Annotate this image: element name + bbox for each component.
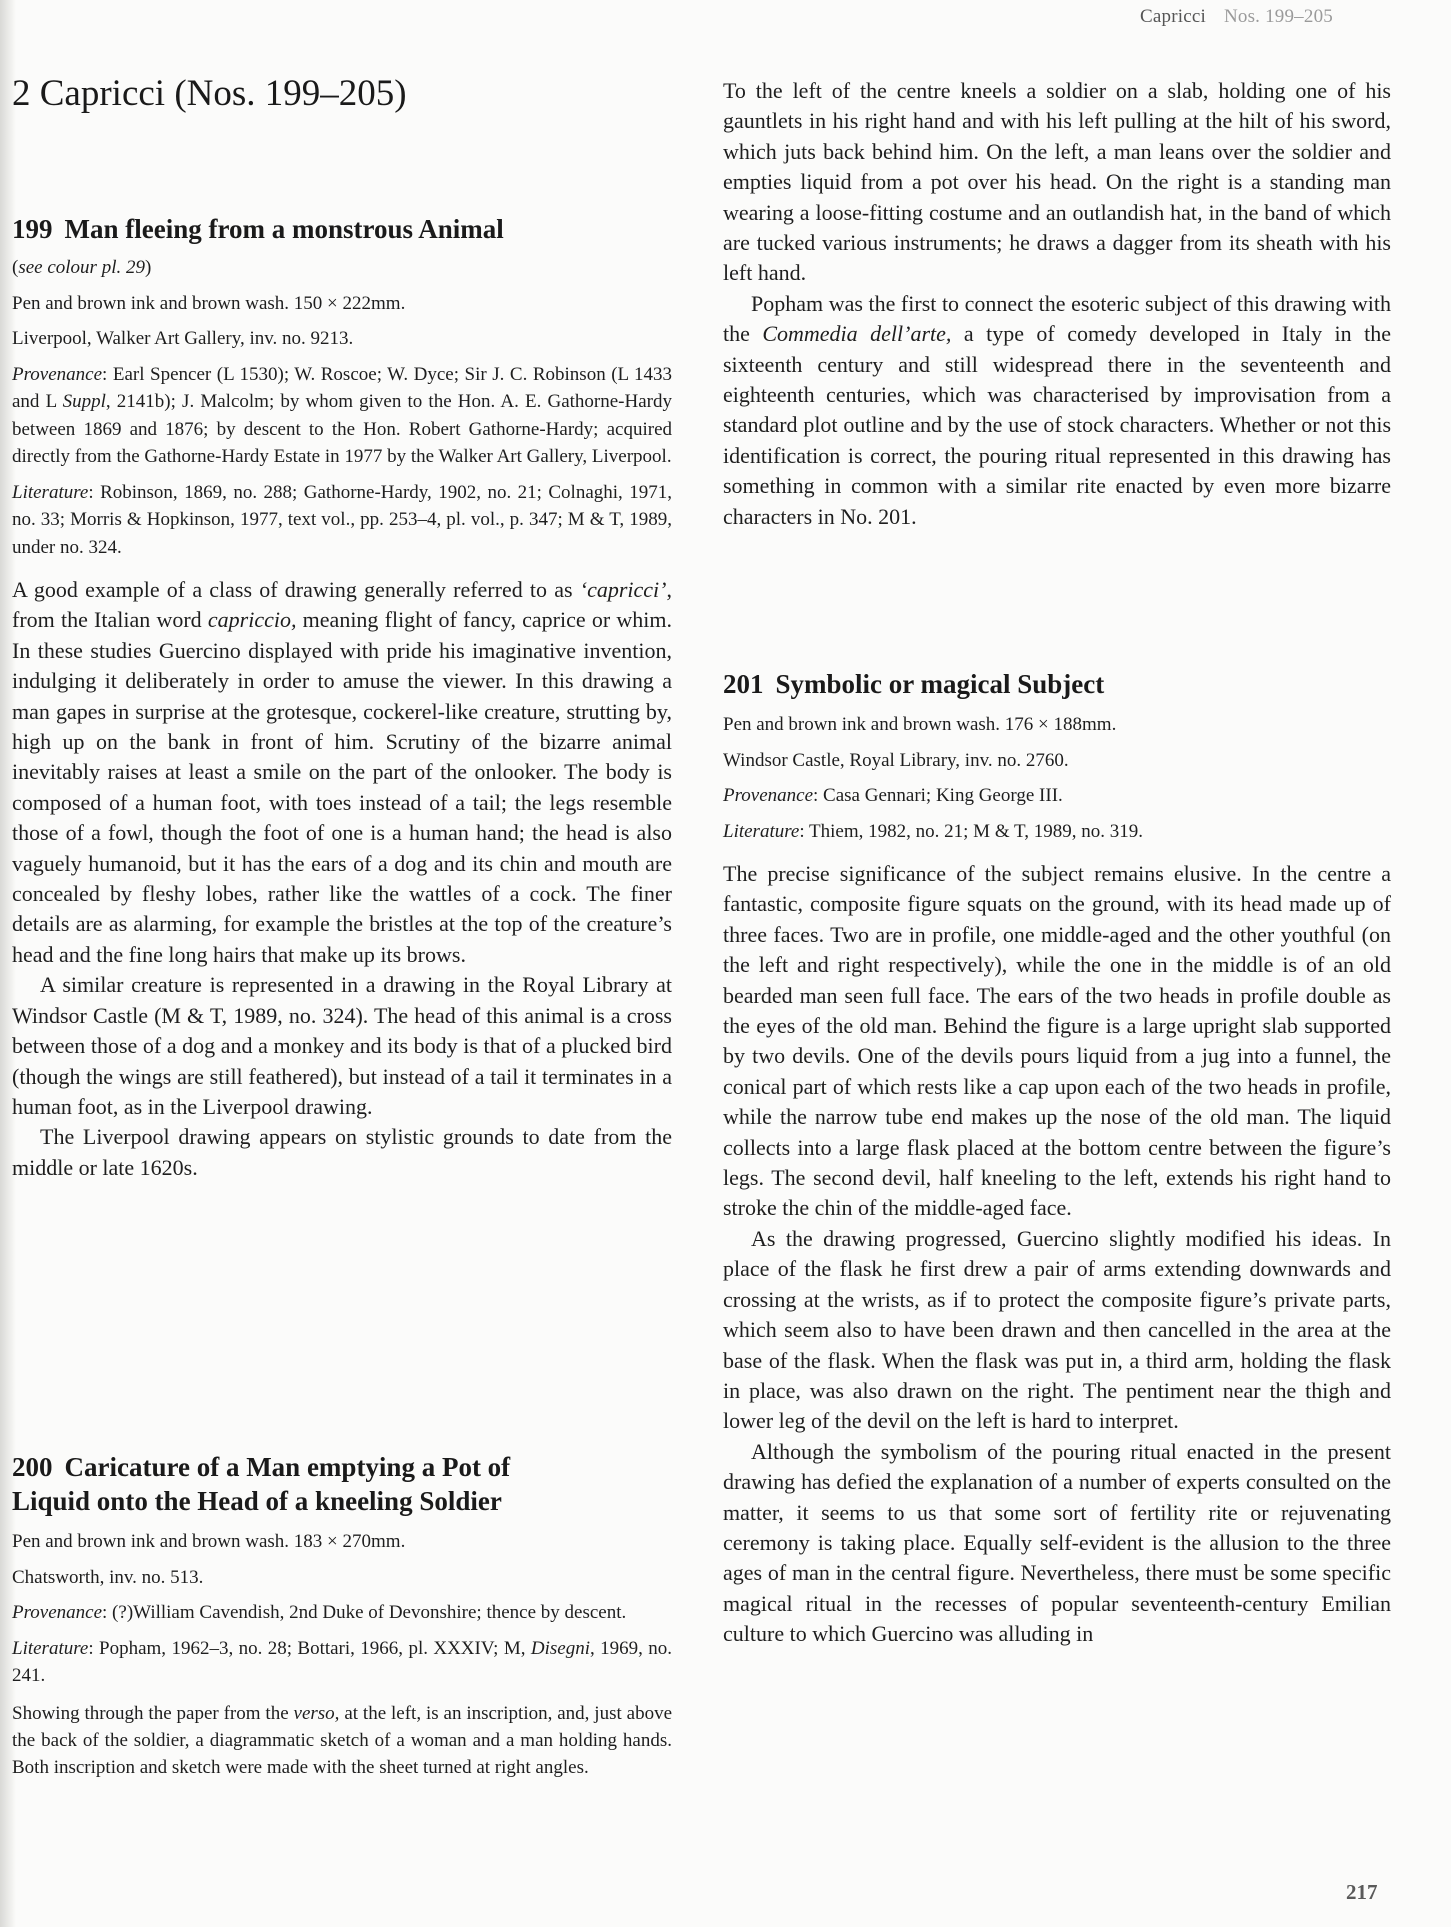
literature-label: Literature (12, 1638, 88, 1659)
entry-title-line2: Liquid onto the Head of a kneeling Soldi… (12, 1486, 502, 1516)
body-paragraph: The Liverpool drawing appears on stylist… (12, 1122, 672, 1183)
body-paragraph: The precise significance of the subject … (723, 859, 1391, 1224)
entry-literature: Literature: Thiem, 1982, no. 21; M & T, … (723, 818, 1391, 846)
entry-201: 201Symbolic or magical Subject Pen and b… (723, 667, 1391, 1650)
entry-medium: Pen and brown ink and brown wash. 176 × … (723, 711, 1391, 739)
provenance-label: Provenance (723, 785, 813, 806)
entry-location: Liverpool, Walker Art Gallery, inv. no. … (12, 325, 672, 353)
entry-note: Showing through the paper from the verso… (12, 1700, 672, 1781)
entry-title: 200Caricature of a Man emptying a Pot of… (12, 1450, 672, 1518)
provenance-label: Provenance (12, 364, 102, 385)
entry-title-line1: Caricature of a Man emptying a Pot of (65, 1452, 511, 1482)
left-column: 2 Capricci (Nos. 199–205) 199Man fleeing… (12, 0, 672, 1927)
chapter-title: 2 Capricci (Nos. 199–205) (12, 72, 407, 115)
body-paragraph: Popham was the first to connect the esot… (723, 289, 1391, 532)
body-paragraph: A good example of a class of drawing gen… (12, 575, 672, 970)
entry-title: 201Symbolic or magical Subject (723, 667, 1391, 701)
entry-title-text: Man fleeing from a monstrous Animal (65, 214, 504, 244)
entry-199: 199Man fleeing from a monstrous Animal (… (12, 212, 672, 1183)
entry-provenance: Provenance: (?)William Cavendish, 2nd Du… (12, 1599, 672, 1627)
entry-body: The precise significance of the subject … (723, 859, 1391, 1650)
entry-number: 200 (12, 1452, 53, 1482)
body-paragraph: A similar creature is represented in a d… (12, 970, 672, 1122)
literature-label: Literature (723, 821, 799, 842)
page-number: 217 (1346, 1880, 1378, 1905)
entry-literature: Literature: Robinson, 1869, no. 288; Gat… (12, 479, 672, 562)
entry-location: Chatsworth, inv. no. 513. (12, 1564, 672, 1592)
right-column: To the left of the centre kneels a soldi… (723, 0, 1391, 1927)
entry-title: 199Man fleeing from a monstrous Animal (12, 212, 672, 246)
entry-medium: Pen and brown ink and brown wash. 183 × … (12, 1528, 672, 1556)
entry-body: A good example of a class of drawing gen… (12, 575, 672, 1183)
entry-location: Windsor Castle, Royal Library, inv. no. … (723, 747, 1391, 775)
plate-reference: (see colour pl. 29) (12, 254, 672, 282)
entry-200-continued: To the left of the centre kneels a soldi… (723, 76, 1391, 532)
entry-provenance: Provenance: Earl Spencer (L 1530); W. Ro… (12, 361, 672, 471)
entry-number: 199 (12, 214, 53, 244)
body-paragraph: To the left of the centre kneels a soldi… (723, 76, 1391, 289)
entry-provenance: Provenance: Casa Gennari; King George II… (723, 782, 1391, 810)
entry-title-text: Symbolic or magical Subject (776, 669, 1105, 699)
entry-number: 201 (723, 669, 764, 699)
body-paragraph: As the drawing progressed, Guercino slig… (723, 1224, 1391, 1437)
entry-200: 200Caricature of a Man emptying a Pot of… (12, 1450, 672, 1781)
body-paragraph: Although the symbolism of the pouring ri… (723, 1437, 1391, 1650)
literature-label: Literature (12, 482, 88, 503)
entry-medium: Pen and brown ink and brown wash. 150 × … (12, 290, 672, 318)
provenance-label: Provenance (12, 1602, 102, 1623)
entry-literature: Literature: Popham, 1962–3, no. 28; Bott… (12, 1635, 672, 1690)
